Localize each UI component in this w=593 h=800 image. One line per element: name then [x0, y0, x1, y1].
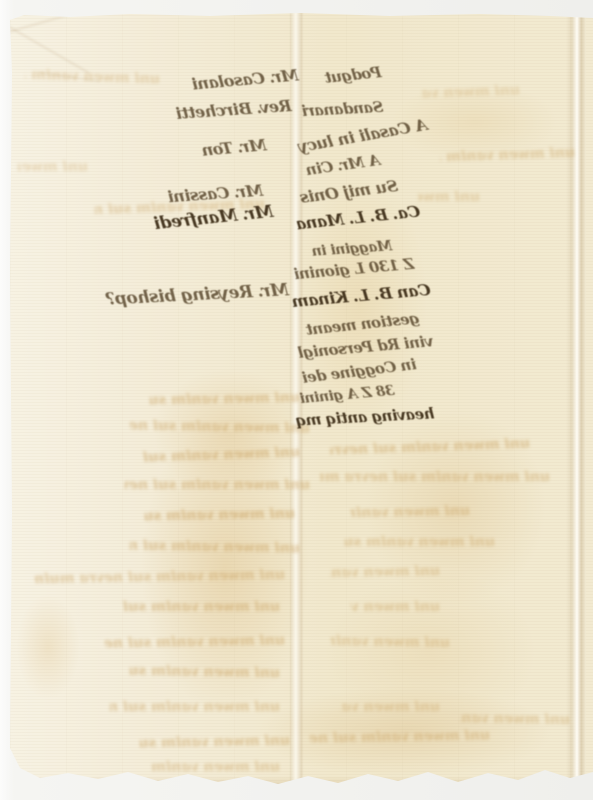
ghost-line: uni mwen vanim sui nevra muim owne vinua…: [310, 728, 490, 745]
ghost-line: uni mwen vanim sui nevra muim owne vinua…: [330, 564, 440, 580]
handwriting-line: Mr. Reysing bishop?: [106, 282, 290, 309]
ghost-line: uni mwen vanim sui nevra muim owne vinua…: [418, 190, 480, 204]
ghost-line: uni mwen vanim sui nevra muim owne vinua…: [420, 83, 520, 100]
handwriting-line: vini Rd Personigl: [298, 334, 434, 361]
ghost-line: uni mwen vanim sui nevra muim owne vinua…: [130, 539, 300, 556]
handwriting-line: A Mr. Cin: [305, 153, 381, 178]
corner-crease: [6, 24, 89, 73]
handwriting-line: Sandanari: [302, 100, 384, 119]
handwriting-line: Mr. Cassini: [168, 183, 264, 206]
handwriting-line: Can B. L. Kinam: [292, 282, 432, 310]
ghost-line: uni mwen vanim sui nevra muim owne vinua…: [350, 504, 470, 520]
handwriting-line: heaving antiq mq: [296, 406, 435, 428]
handwriting-line: Mr. Ton: [201, 137, 267, 159]
ghost-line: uni mwen vanim sui nevra muim owne vinua…: [140, 445, 300, 465]
handwriting-line: A Casali in lucy: [298, 117, 429, 155]
handwriting-line: Maggini in: [312, 239, 393, 259]
right-fold-crease: [566, 12, 586, 792]
ghost-line: uni mwen vanim sui nevra muim owne vinua…: [140, 734, 290, 751]
handwriting-line: Mr. Casolani: [192, 67, 300, 92]
ghost-line: uni mwen vanim sui nevra muim owne vinua…: [320, 470, 550, 484]
ghost-line: uni mwen vanim sui nevra muim owne vinua…: [145, 507, 295, 524]
ghost-line: uni mwen vanim sui nevra muim owne vinua…: [25, 68, 160, 87]
corner-crease: [40, 72, 100, 82]
handwriting-line: in Coggine dei: [302, 357, 418, 386]
ghost-line: uni mwen vanim sui nevra muim owne vinua…: [105, 633, 285, 650]
handwriting-line: Mr. Manfredi: [153, 204, 274, 233]
ghost-line: uni mwen vanim sui nevra muim owne vinua…: [330, 437, 530, 458]
ghost-line: uni mwen vanim sui nevra muim owne vinua…: [345, 535, 495, 549]
ghost-line: uni mwen vanim sui nevra muim owne vinua…: [440, 146, 575, 165]
ghost-line: uni mwen vanim sui nevra muim owne vinua…: [150, 391, 300, 408]
ghost-line: uni mwen vanim sui nevra muim owne vinua…: [350, 600, 440, 614]
manuscript-page: uni mwen vanim sui nevra muim owne vinua…: [10, 12, 593, 792]
scanner-background: uni mwen vanim sui nevra muim owne vinua…: [0, 0, 593, 800]
ghost-line: uni mwen vanim sui nevra muim owne vinua…: [110, 700, 280, 714]
ghost-line: uni mwen vanim sui nevra muim owne vinua…: [95, 197, 265, 217]
center-fold-crease: [290, 12, 303, 792]
ghost-line: uni mwen vanim sui nevra muim owne vinua…: [18, 160, 88, 174]
handwriting-line: Su mij Onis: [299, 178, 398, 206]
handwriting-line: Podgut: [324, 65, 382, 86]
ghost-line: uni mwen vanim sui nevra muim owne vinua…: [330, 634, 450, 650]
ghost-line: uni mwen vanim sui nevra muim owne vinua…: [150, 760, 280, 774]
handwriting-line: gestion meant: [306, 311, 421, 338]
corner-crease: [5, 12, 75, 34]
ghost-line: uni mwen vanim sui nevra muim owne vinua…: [340, 700, 440, 714]
ghost-line: uni mwen vanim sui nevra muim owne vinua…: [130, 418, 310, 435]
ghost-line: uni mwen vanim sui nevra muim owne vinua…: [35, 568, 285, 586]
handwriting-line: Z 130 L gionini: [294, 257, 415, 282]
ghost-line: uni mwen vanim sui nevra muim owne vinua…: [120, 600, 280, 614]
handwriting-line: 38 Z A ginini: [300, 384, 396, 406]
handwriting-line: Ca. B. L. Mana: [296, 204, 421, 233]
handwriting-line: Rev. Birchetti: [176, 98, 293, 122]
ghost-line: uni mwen vanim sui nevra muim owne vinua…: [130, 664, 280, 681]
ghost-line: uni mwen vanim sui nevra muim owne vinua…: [460, 711, 570, 727]
ghost-line: uni mwen vanim sui nevra muim owne vinua…: [125, 478, 310, 492]
